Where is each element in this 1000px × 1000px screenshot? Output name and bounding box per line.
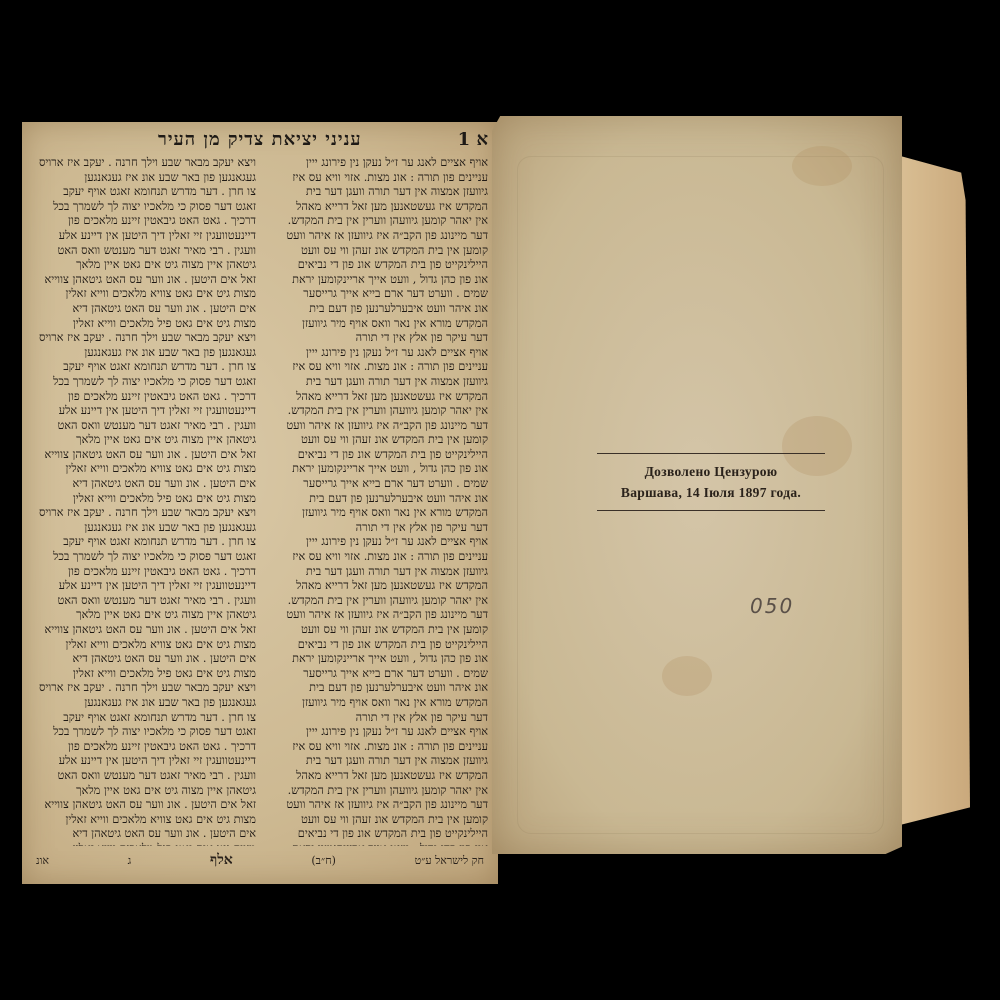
text-line: מצות גיט אים גאט פיל מלאכים ווייא זאלין bbox=[34, 492, 256, 507]
text-line: דער עיקר פון אלץ אין די תורה bbox=[266, 331, 488, 346]
text-line: קומען אין בית המקדש אונ זעהן ווי עס וועט bbox=[266, 623, 488, 638]
text-line: זאל אים היטען . אונ ווער עס האט גיטאהן צ… bbox=[34, 273, 256, 288]
text-line: דיינעטוועגין זיי זאלין דיך היטען אין דיי… bbox=[34, 404, 256, 419]
text-line: אונ פון כהן גדול , וועט אייך אריינקומען … bbox=[266, 462, 488, 477]
text-line: המקדש איז געשטאנען מען זאל דרייא מאהל bbox=[266, 579, 488, 594]
text-column-left: ויצא יעקב מבאר שבע וילך חרנה . יעקב איז … bbox=[34, 156, 256, 846]
text-line: דרכיך . גאט האט גיבאטין זיינע מלאכים פון bbox=[34, 214, 256, 229]
text-line: דיינעטוועגין זיי זאלין דיך היטען אין דיי… bbox=[34, 579, 256, 594]
text-line: מצות גיט אים גאט צוויא מלאכים ווייא זאלי… bbox=[34, 287, 256, 302]
text-line: עניינים פון תורה : אונ מצות. אזוי וויא ע… bbox=[266, 740, 488, 755]
text-line: ויצא יעקב מבאר שבע וילך חרנה . יעקב איז … bbox=[34, 506, 256, 521]
page-header: א 1 עניני יציאת צדיק מן העיר bbox=[32, 126, 488, 152]
text-line: קומען אין בית המקדש אונ זעהן ווי עס וועט bbox=[266, 433, 488, 448]
text-line: צו חרן . דער מדרש תנחומא זאגט אויף יעקב bbox=[34, 360, 256, 375]
text-line: עניינים פון תורה : אונ מצות. אזוי וויא ע… bbox=[266, 171, 488, 186]
text-line: דרכיך . גאט האט גיבאטין זיינע מלאכים פון bbox=[34, 740, 256, 755]
text-line: מצות גיט אים גאט פיל מלאכים ווייא זאלין bbox=[34, 842, 256, 846]
text-line: גיטאהן איין מצוה גיט אים גאט איין מלאך bbox=[34, 608, 256, 623]
text-line: עניינים פון תורה : אונ מצות. אזוי וויא ע… bbox=[266, 550, 488, 565]
text-line: מצות גיט אים גאט פיל מלאכים ווייא זאלין bbox=[34, 667, 256, 682]
text-line: צו חרן . דער מדרש תנחומא זאגט אויף יעקב bbox=[34, 185, 256, 200]
text-line: גיוועזן אמצוה אין דער תורה וועגן דער בית bbox=[266, 185, 488, 200]
text-line: המקדש איז געשטאנען מען זאל דרייא מאהל bbox=[266, 390, 488, 405]
text-line: זאל אים היטען . אונ ווער עס האט גיטאהן צ… bbox=[34, 448, 256, 463]
text-line: גיטאהן איין מצוה גיט אים גאט איין מלאך bbox=[34, 433, 256, 448]
text-line: גיוועזן אמצוה אין דער תורה וועגן דער בית bbox=[266, 375, 488, 390]
text-line: גיוועזן אמצוה אין דער תורה וועגן דער בית bbox=[266, 754, 488, 769]
text-line: אויף אציים לאנג ער ז״ל נעקן נין פירונג י… bbox=[266, 725, 488, 740]
text-line: דער מיינונג פון הקב״ה איז גיוועזן אז איה… bbox=[266, 798, 488, 813]
page-number-group: א 1 bbox=[458, 129, 488, 150]
footer-reference: (ח״ב) bbox=[311, 854, 336, 867]
text-line: המקדש מורא אין נאר וואס אויף מיר גיוועזן bbox=[266, 317, 488, 332]
text-line: אויף אציים לאנג ער ז״ל נעקן נין פירונג י… bbox=[266, 156, 488, 171]
text-line: דיינעטוועגין זיי זאלין דיך היטען אין דיי… bbox=[34, 229, 256, 244]
text-line: קומען אין בית המקדש אונ זעהן ווי עס וועט bbox=[266, 813, 488, 828]
text-line: אים היטען . אונ ווער עס האט גיטאהן דיא bbox=[34, 302, 256, 317]
text-line: וועגין . רבי מאיר זאגט דער מענטש וואס הא… bbox=[34, 419, 256, 434]
text-line: אים היטען . אונ ווער עס האט גיטאהן דיא bbox=[34, 827, 256, 842]
left-page: א 1 עניני יציאת צדיק מן העיר אויף אציים … bbox=[22, 122, 498, 884]
text-line: ויצא יעקב מבאר שבע וילך חרנה . יעקב איז … bbox=[34, 331, 256, 346]
text-line: דיינעטוועגין זיי זאלין דיך היטען אין דיי… bbox=[34, 754, 256, 769]
text-line: מצות גיט אים גאט צוויא מלאכים ווייא זאלי… bbox=[34, 813, 256, 828]
text-line: אונ איהר וועט איבערלערנען פון דעם בית bbox=[266, 681, 488, 696]
text-line: אונ איהר וועט איבערלערנען פון דעם בית bbox=[266, 492, 488, 507]
text-line: געגאנגען פון באר שבע אונ איז געגאנגען bbox=[34, 696, 256, 711]
footer-note: חק לישראל ע״ט bbox=[415, 854, 484, 867]
hebrew-page-letter: א bbox=[476, 129, 488, 150]
text-line: אין יאהר קומען גיוועהן ווערין אין בית המ… bbox=[266, 404, 488, 419]
text-line: היילינקייט פון בית המקדש אונ פון די נביא… bbox=[266, 258, 488, 273]
text-line: היילינקייט פון בית המקדש אונ פון די נביא… bbox=[266, 638, 488, 653]
text-columns: אויף אציים לאנג ער ז״ל נעקן נין פירונג י… bbox=[34, 156, 488, 846]
text-line: וועגין . רבי מאיר זאגט דער מענטש וואס הא… bbox=[34, 244, 256, 259]
text-line: דרכיך . גאט האט גיבאטין זיינע מלאכים פון bbox=[34, 565, 256, 580]
page-header-title: עניני יציאת צדיק מן העיר bbox=[62, 129, 458, 150]
text-line: צו חרן . דער מדרש תנחומא זאגט אויף יעקב bbox=[34, 535, 256, 550]
stain bbox=[792, 146, 852, 186]
text-line: זאגט דער פסוק כי מלאכיו יצוה לך לשמרך בכ… bbox=[34, 725, 256, 740]
text-line: וועגין . רבי מאיר זאגט דער מענטש וואס הא… bbox=[34, 769, 256, 784]
text-line: דער עיקר פון אלץ אין די תורה bbox=[266, 521, 488, 536]
footer-signature: אלף bbox=[210, 852, 233, 869]
text-line: גיוועזן אמצוה אין דער תורה וועגן דער בית bbox=[266, 565, 488, 580]
text-line: דער מיינונג פון הקב״ה איז גיוועזן אז איה… bbox=[266, 229, 488, 244]
text-line: היילינקייט פון בית המקדש אונ פון די נביא… bbox=[266, 448, 488, 463]
text-line: גיטאהן איין מצוה גיט אים גאט איין מלאך bbox=[34, 784, 256, 799]
text-line: געגאנגען פון באר שבע אונ איז געגאנגען bbox=[34, 346, 256, 361]
text-line: אונ איהר וועט איבערלערנען פון דעם בית bbox=[266, 302, 488, 317]
text-line: עניינים פון תורה : אונ מצות. אזוי וויא ע… bbox=[266, 360, 488, 375]
footer-signature-letter: ג bbox=[128, 854, 132, 867]
text-line: זאגט דער פסוק כי מלאכיו יצוה לך לשמרך בכ… bbox=[34, 550, 256, 565]
text-line: המקדש מורא אין נאר וואס אויף מיר גיוועזן bbox=[266, 506, 488, 521]
text-line: אונ פון כהן גדול , וועט אייך אריינקומען … bbox=[266, 842, 488, 846]
text-line: מצות גיט אים גאט צוויא מלאכים ווייא זאלי… bbox=[34, 462, 256, 477]
text-line: זאל אים היטען . אונ ווער עס האט גיטאהן צ… bbox=[34, 623, 256, 638]
handwritten-note: 050 bbox=[750, 594, 794, 618]
text-line: אין יאהר קומען גיוועהן ווערין אין בית המ… bbox=[266, 784, 488, 799]
text-line: גיטאהן איין מצוה גיט אים גאט איין מלאך bbox=[34, 258, 256, 273]
text-line: ויצא יעקב מבאר שבע וילך חרנה . יעקב איז … bbox=[34, 156, 256, 171]
text-line: מצות גיט אים גאט צוויא מלאכים ווייא זאלי… bbox=[34, 638, 256, 653]
text-line: היילינקייט פון בית המקדש אונ פון די נביא… bbox=[266, 827, 488, 842]
text-line: שמים . ווערט דער ארם בייא אייך גרייסער bbox=[266, 667, 488, 682]
censor-stamp-line1: Дозволено Цензурою bbox=[645, 464, 778, 480]
text-line: זאגט דער פסוק כי מלאכיו יצוה לך לשמרך בכ… bbox=[34, 200, 256, 215]
page-footer: חק לישראל ע״ט (ח״ב) אלף ג אונ bbox=[36, 850, 484, 870]
footer-marker: אונ bbox=[36, 854, 49, 867]
text-line: שמים . ווערט דער ארם בייא אייך גרייסער bbox=[266, 477, 488, 492]
text-line: דער מיינונג פון הקב״ה איז גיוועזן אז איה… bbox=[266, 419, 488, 434]
text-line: אויף אציים לאנג ער ז״ל נעקן נין פירונג י… bbox=[266, 346, 488, 361]
censor-stamp-line2: Варшава, 14 Іюля 1897 года. bbox=[621, 485, 801, 501]
text-line: אונ פון כהן גדול , וועט אייך אריינקומען … bbox=[266, 652, 488, 667]
text-line: המקדש איז געשטאנען מען זאל דרייא מאהל bbox=[266, 769, 488, 784]
text-line: אין יאהר קומען גיוועהן ווערין אין בית המ… bbox=[266, 214, 488, 229]
text-line: המקדש איז געשטאנען מען זאל דרייא מאהל bbox=[266, 200, 488, 215]
page-number: 1 bbox=[458, 129, 471, 150]
censor-stamp: Дозволено Цензурою Варшава, 14 Іюля 1897… bbox=[597, 453, 825, 511]
text-line: המקדש מורא אין נאר וואס אויף מיר גיוועזן bbox=[266, 696, 488, 711]
text-line: אים היטען . אונ ווער עס האט גיטאהן דיא bbox=[34, 477, 256, 492]
text-line: אויף אציים לאנג ער ז״ל נעקן נין פירונג י… bbox=[266, 535, 488, 550]
text-line: צו חרן . דער מדרש תנחומא זאגט אויף יעקב bbox=[34, 711, 256, 726]
text-line: ויצא יעקב מבאר שבע וילך חרנה . יעקב איז … bbox=[34, 681, 256, 696]
text-line: שמים . ווערט דער ארם בייא אייך גרייסער bbox=[266, 287, 488, 302]
text-line: זאל אים היטען . אונ ווער עס האט גיטאהן צ… bbox=[34, 798, 256, 813]
text-line: דער מיינונג פון הקב״ה איז גיוועזן אז איה… bbox=[266, 608, 488, 623]
text-line: דער עיקר פון אלץ אין די תורה bbox=[266, 711, 488, 726]
text-line: אין יאהר קומען גיוועהן ווערין אין בית המ… bbox=[266, 594, 488, 609]
right-page: Дозволено Цензурою Варшава, 14 Іюля 1897… bbox=[492, 116, 902, 854]
text-line: וועגין . רבי מאיר זאגט דער מענטש וואס הא… bbox=[34, 594, 256, 609]
text-line: אים היטען . אונ ווער עס האט גיטאהן דיא bbox=[34, 652, 256, 667]
stain bbox=[662, 656, 712, 696]
text-line: זאגט דער פסוק כי מלאכיו יצוה לך לשמרך בכ… bbox=[34, 375, 256, 390]
text-line: מצות גיט אים גאט פיל מלאכים ווייא זאלין bbox=[34, 317, 256, 332]
text-line: דרכיך . גאט האט גיבאטין זיינע מלאכים פון bbox=[34, 390, 256, 405]
text-line: אונ פון כהן גדול , וועט אייך אריינקומען … bbox=[266, 273, 488, 288]
text-column-right: אויף אציים לאנג ער ז״ל נעקן נין פירונג י… bbox=[266, 156, 488, 846]
text-line: קומען אין בית המקדש אונ זעהן ווי עס וועט bbox=[266, 244, 488, 259]
text-line: געגאנגען פון באר שבע אונ איז געגאנגען bbox=[34, 521, 256, 536]
text-line: געגאנגען פון באר שבע אונ איז געגאנגען bbox=[34, 171, 256, 186]
